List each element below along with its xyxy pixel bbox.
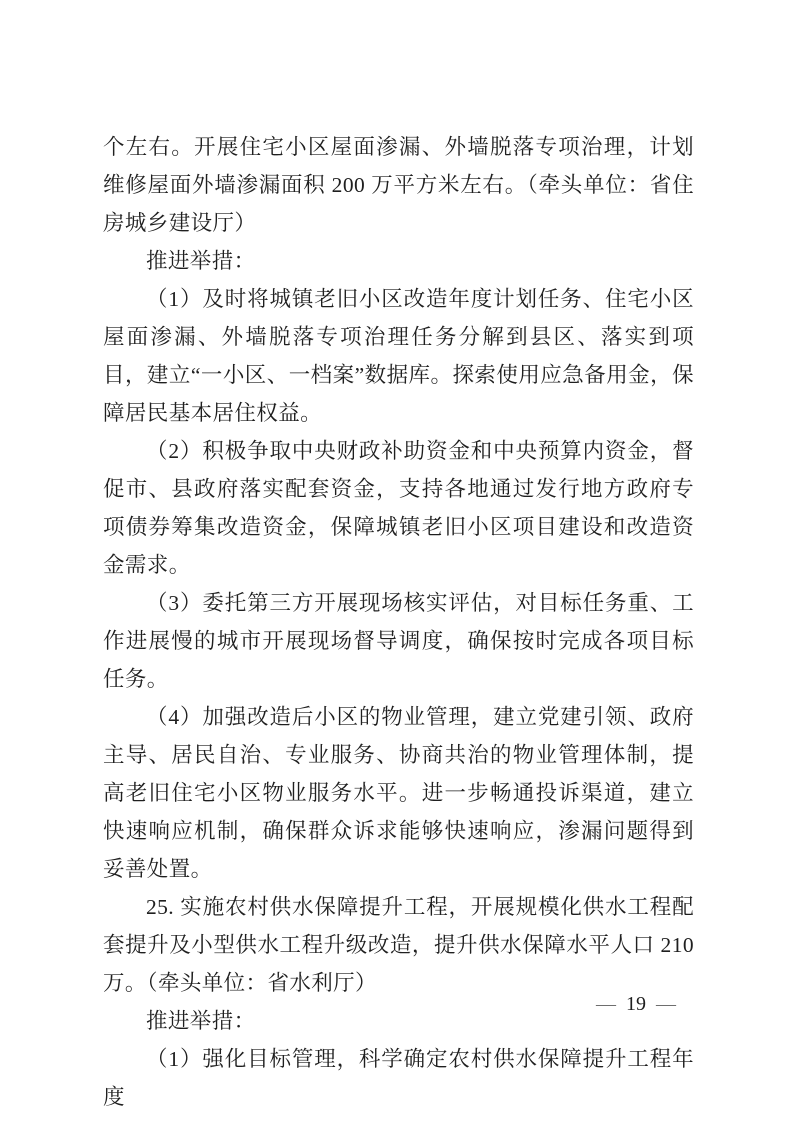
page-number-right-dash: — xyxy=(656,993,676,1015)
paragraph-measure-1b: （1）强化目标管理，科学确定农村供水保障提升工程年度 xyxy=(103,1040,694,1116)
paragraph-measure-2: （2）积极争取中央财政补助资金和中央预算内资金，督促市、县政府落实配套资金，支持… xyxy=(103,432,694,584)
paragraph-item-25: 25. 实施农村供水保障提升工程，开展规模化供水工程配套提升及小型供水工程升级改… xyxy=(103,888,694,1002)
paragraph-continuation: 个左右。开展住宅小区屋面渗漏、外墙脱落专项治理，计划维修屋面外墙渗漏面积 200… xyxy=(103,128,694,242)
page-number: —19— xyxy=(0,990,676,1018)
document-page: 个左右。开展住宅小区屋面渗漏、外墙脱落专项治理，计划维修屋面外墙渗漏面积 200… xyxy=(0,0,793,1122)
document-body: 个左右。开展住宅小区屋面渗漏、外墙脱落专项治理，计划维修屋面外墙渗漏面积 200… xyxy=(103,128,694,1116)
paragraph-measure-4: （4）加强改造后小区的物业管理，建立党建引领、政府主导、居民自治、专业服务、协商… xyxy=(103,698,694,888)
page-number-left-dash: — xyxy=(596,993,616,1015)
paragraph-measures-heading: 推进举措： xyxy=(103,242,694,280)
paragraph-measure-1: （1）及时将城镇老旧小区改造年度计划任务、住宅小区屋面渗漏、外墙脱落专项治理任务… xyxy=(103,280,694,432)
paragraph-measure-3: （3）委托第三方开展现场核实评估，对目标任务重、工作进展慢的城市开展现场督导调度… xyxy=(103,584,694,698)
page-number-value: 19 xyxy=(626,993,646,1015)
